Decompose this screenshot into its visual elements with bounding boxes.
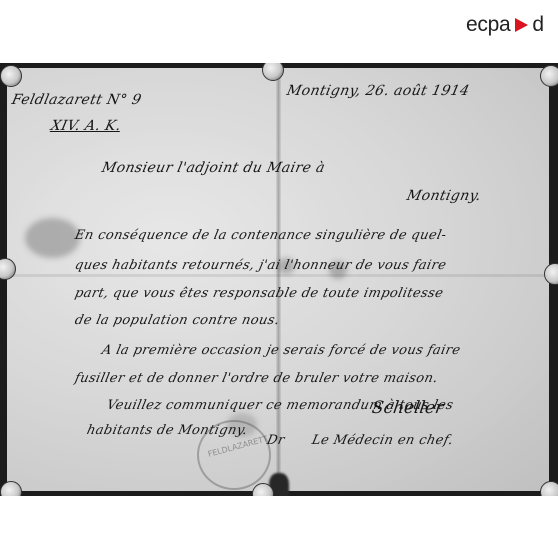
paper-sheet: Feldlazarett N° 9 XIV. A. K. Montigny, 2… — [7, 68, 549, 491]
body-line-6: fusiller et de donner l'ordre de bruler … — [73, 371, 439, 386]
body-line-4: de la population contre nous. — [73, 313, 281, 328]
header-corps: XIV. A. K. — [49, 118, 122, 134]
salutation: Monsieur l'adjoint du Maire à — [100, 160, 326, 176]
signature-title: Le Médecin en chef. — [310, 433, 454, 448]
pin-top-left — [0, 65, 22, 87]
header-unit: Feldlazarett N° 9 — [10, 92, 143, 108]
signature: Scheller — [371, 398, 445, 418]
document-photograph: Feldlazarett N° 9 XIV. A. K. Montigny, 2… — [0, 63, 558, 496]
vertical-fold — [276, 68, 281, 491]
horizontal-fold — [7, 274, 549, 277]
pin-bottom-right — [540, 481, 558, 496]
play-triangle-icon — [515, 18, 528, 32]
salutation-place: Montigny. — [405, 188, 482, 204]
pin-bottom-left — [0, 481, 22, 496]
body-line-2: ques habitants retournés, j'ai l'honneur… — [73, 258, 447, 273]
logo-text-right: d — [532, 13, 543, 37]
ecpad-logo: ecpa d — [466, 10, 544, 40]
stain — [25, 218, 80, 258]
signature-prefix: Dr — [265, 433, 286, 448]
body-line-5: A la première occasion je serais forcé d… — [100, 343, 462, 358]
logo-text-left: ecpa — [466, 13, 510, 37]
date-line: Montigny, 26. août 1914 — [285, 83, 471, 99]
body-line-3: part, que vous êtes responsable de toute… — [73, 286, 444, 301]
body-line-1: En conséquence de la contenance singuliè… — [73, 228, 448, 243]
pin-top-right — [540, 65, 558, 87]
